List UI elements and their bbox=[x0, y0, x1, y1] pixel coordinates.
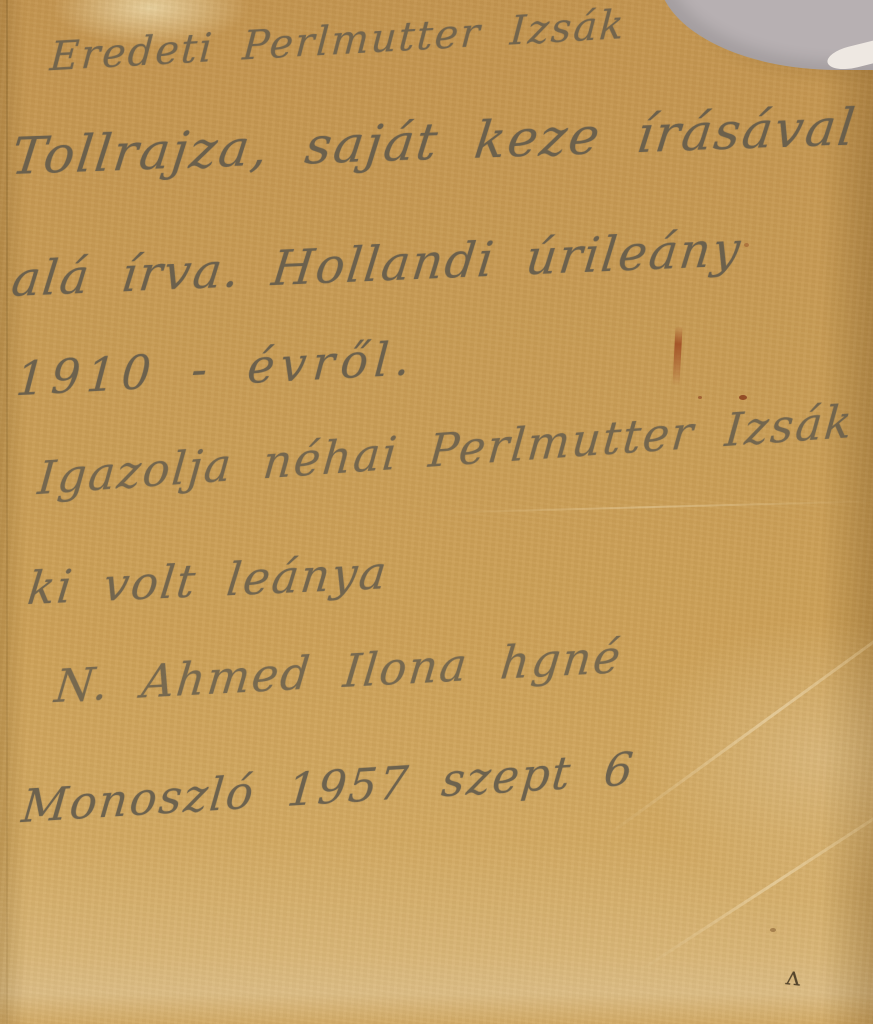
small-pencil-mark: ʌ bbox=[784, 961, 802, 992]
crease-line bbox=[6, 0, 8, 1024]
rust-stain bbox=[698, 396, 702, 399]
paper-fleck bbox=[770, 928, 776, 932]
rust-stain bbox=[739, 395, 747, 400]
rust-stain bbox=[744, 243, 749, 247]
photo-of-handwritten-note: Eredeti Perlmutter Izsák Tollrajza, sajá… bbox=[0, 0, 873, 1024]
